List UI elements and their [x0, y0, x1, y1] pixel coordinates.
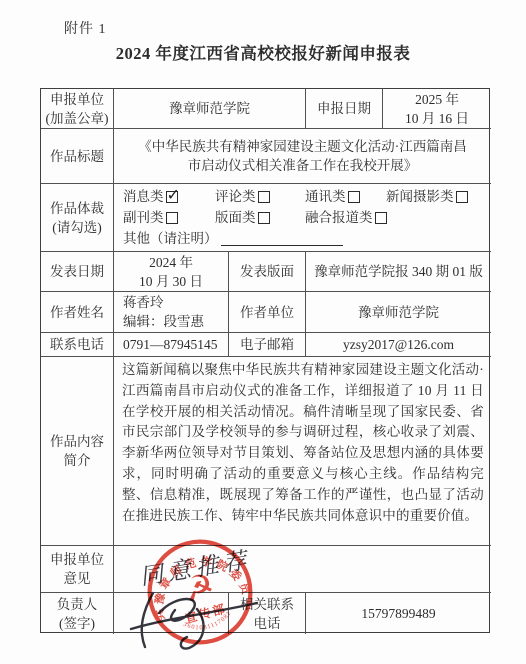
- genre-line-1: 消息类 ✓ 评论类 通讯类 新闻摄影类: [123, 186, 487, 207]
- unit-value-cell: 豫章师范学院: [114, 89, 306, 129]
- checkbox-icon: [258, 191, 270, 203]
- checkbox-news-label: 消息类: [123, 186, 164, 207]
- checkbox-integrated-report-label: 融合报道类: [305, 207, 373, 228]
- publish-page-value-cell: 豫章师范学院报 340 期 01 版: [306, 252, 491, 292]
- genre-line-2: 副刊类 版面类 融合报道类: [123, 207, 487, 228]
- checkbox-icon: [456, 191, 468, 203]
- unit-label-cell: 申报单位 (加盖公章): [41, 89, 114, 129]
- author-name-label-cell: 作者姓名: [41, 292, 114, 333]
- work-title-label-cell: 作品标题: [41, 129, 114, 184]
- checkbox-icon: ✓: [166, 191, 178, 203]
- signer-label-cell: 负责人 (签字): [41, 593, 114, 634]
- opinion-value-cell: [114, 546, 491, 593]
- checkbox-photography: 新闻摄影类: [386, 186, 468, 207]
- checkbox-icon: [166, 212, 178, 224]
- apply-date-value-cell: 2025 年 10 月 16 日: [383, 89, 491, 129]
- checkbox-icon: [348, 191, 360, 203]
- checkbox-icon: [375, 212, 387, 224]
- checkbox-layout: 版面类: [215, 207, 305, 228]
- author-name-value-cell: 蒋香玲 编辑：段雪惠: [114, 292, 229, 333]
- publish-date-value-cell: 2024 年 10 月 30 日: [114, 252, 229, 292]
- signer-signature-cell: [114, 593, 229, 634]
- email-value-cell: yzsy2017@126.com: [306, 333, 491, 357]
- related-phone-label-cell: 相关联系 电话: [229, 593, 306, 634]
- work-title-value-cell: 《中华民族共有精神家园建设主题文化活动·江西篇南昌 市启动仪式相关准备工作在我校…: [114, 129, 491, 184]
- checkbox-supplement: 副刊类: [123, 207, 215, 228]
- other-note-label: 其他（请注明）: [123, 228, 218, 249]
- checkbox-supplement-label: 副刊类: [123, 207, 164, 228]
- author-unit-value-cell: 豫章师范学院: [306, 292, 491, 333]
- checkbox-commentary-label: 评论类: [215, 186, 256, 207]
- checkbox-icon: [258, 212, 270, 224]
- application-form-table: 申报单位 (加盖公章) 豫章师范学院 申报日期 2025 年 10 月 16 日…: [40, 88, 490, 633]
- contact-phone-value-cell: 0791—87945145: [114, 333, 229, 357]
- related-phone-value-cell: 15797899489: [306, 593, 491, 634]
- page-container: { "page": { "attachment": "附件 1", "title…: [0, 0, 526, 664]
- check-mark-icon: ✓: [167, 184, 180, 205]
- opinion-label-cell: 申报单位 意见: [41, 546, 114, 593]
- other-note-underline: [221, 245, 343, 246]
- summary-label-cell: 作品内容 简介: [41, 357, 114, 546]
- author-unit-label-cell: 作者单位: [229, 292, 306, 333]
- publish-page-label-cell: 发表版面: [229, 252, 306, 292]
- genre-label-cell: 作品体裁 (请勾选): [41, 184, 114, 252]
- checkbox-news: 消息类 ✓: [123, 186, 215, 207]
- page-title: 2024 年度江西省高校校报好新闻申报表: [0, 40, 526, 64]
- checkbox-commentary: 评论类: [215, 186, 305, 207]
- checkbox-communication-label: 通讯类: [305, 186, 346, 207]
- genre-other-line: 其他（请注明）: [123, 228, 487, 249]
- genre-options-cell: 消息类 ✓ 评论类 通讯类 新闻摄影类 副刊类 版面类: [114, 184, 491, 252]
- checkbox-photography-label: 新闻摄影类: [386, 186, 454, 207]
- attachment-label: 附件 1: [64, 18, 107, 38]
- checkbox-integrated-report: 融合报道类: [305, 207, 387, 228]
- summary-text-cell: 这篇新闻稿以聚焦中华民族共有精神家园建设主题文化活动·江西篇南昌市启动仪式的准备…: [114, 357, 491, 546]
- contact-phone-label-cell: 联系电话: [41, 333, 114, 357]
- email-label-cell: 电子邮箱: [229, 333, 306, 357]
- apply-date-label-cell: 申报日期: [306, 89, 383, 129]
- checkbox-layout-label: 版面类: [215, 207, 256, 228]
- publish-date-label-cell: 发表日期: [41, 252, 114, 292]
- checkbox-communication: 通讯类: [305, 186, 386, 207]
